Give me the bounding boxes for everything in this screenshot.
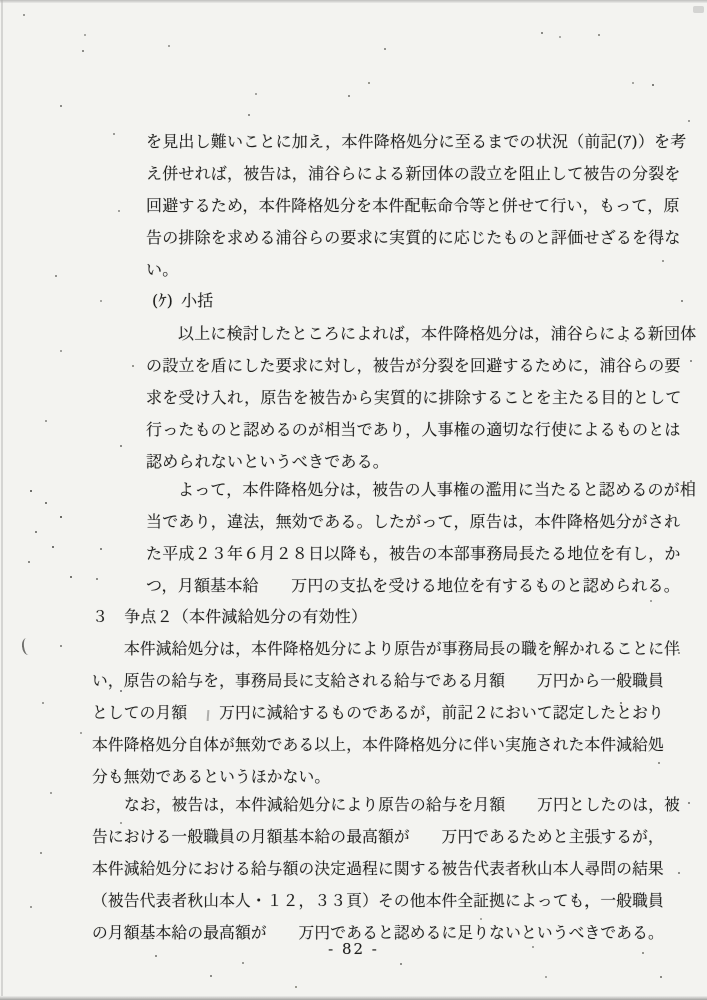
- text-line: 当であり，違法，無効である。したがって，原告は，本件降格処分がされ: [146, 506, 696, 538]
- text-line: 告における一般職員の月額基本給の最高額が 万円であるためと主張するが，: [92, 821, 680, 853]
- rebuttal-paragraph: なお，被告は，本件減給処分により原告の給与を月額 万円としたのは，被 告における…: [92, 789, 680, 949]
- text-line: い。: [146, 254, 686, 286]
- subsection-marker: (ｹ): [152, 291, 173, 310]
- scan-edge-bottom: [0, 996, 707, 1000]
- margin-paren-mark: [21, 638, 32, 656]
- section-number: ３: [92, 607, 108, 626]
- text-line: の設立を盾にした要求に対し，被告が分裂を回避するために，浦谷らの要: [146, 350, 696, 382]
- text-line: 本件減給処分における給与額の決定過程に関する被告代表者秋山本人尋問の結果: [92, 853, 680, 885]
- page-number: - 82 -: [0, 938, 707, 960]
- subsection-title: 小括: [181, 291, 213, 310]
- scan-noise-speckles: [0, 0, 2, 2]
- text-line: た平成２３年６月２８日以降も，被告の本部事務局長たる地位を有し，か: [146, 538, 696, 570]
- conclusion-paragraph: よって，本件降格処分は，被告の人事権の濫用に当たると認めるのが相 当であり，違法…: [146, 474, 696, 602]
- text-line: つ，月額基本給 万円の支払を受ける地位を有するものと認められる。: [146, 570, 696, 602]
- text-line: え併せれば，被告は，浦谷らによる新団体の設立を阻止して被告の分裂を: [146, 158, 686, 190]
- text-line: 行ったものと認めるのが相当であり，人事権の適切な行使によるものとは: [146, 414, 696, 446]
- scan-edge-left: [1, 0, 3, 1000]
- text-line: よって，本件降格処分は，被告の人事権の濫用に当たると認めるのが相: [146, 474, 696, 506]
- section-3-heading: ３争点２（本件減給処分の有効性）: [92, 601, 367, 633]
- scan-edge-top: [0, 0, 707, 3]
- text-line: 本件降格処分自体が無効である以上，本件降格処分に伴い実施された本件減給処: [92, 729, 680, 761]
- text-line: 告の排除を求める浦谷らの要求に実質的に応じたものと評価せざるを得な: [146, 222, 686, 254]
- document-page: を見出し難いことに加え，本件降格処分に至るまでの状況（前記(ｱ)）を考 え併せれ…: [0, 0, 707, 1000]
- carryover-paragraph: を見出し難いことに加え，本件降格処分に至るまでの状況（前記(ｱ)）を考 え併せれ…: [146, 126, 686, 286]
- text-line: 回避するため，本件降格処分を本件配転命令等と併せて行い，もって，原: [146, 190, 686, 222]
- text-line: 本件減給処分は，本件降格処分により原告が事務局長の職を解かれることに伴: [92, 633, 680, 665]
- text-line: なお，被告は，本件減給処分により原告の給与を月額 万円としたのは，被: [92, 789, 680, 821]
- summary-paragraph: 以上に検討したところによれば，本件降格処分は，浦谷らによる新団体 の設立を盾にし…: [146, 318, 696, 478]
- salary-reduction-paragraph: 本件減給処分は，本件降格処分により原告が事務局長の職を解かれることに伴 い，原告…: [92, 633, 680, 793]
- text-line: 以上に検討したところによれば，本件降格処分は，浦谷らによる新団体: [146, 318, 696, 350]
- text-line: （被告代表者秋山本人・１２，３３頁）その他本件全証拠によっても，一般職員: [92, 885, 680, 917]
- text-line: い，原告の給与を，事務局長に支給される給与である月額 万円から一般職員: [92, 665, 680, 697]
- text-line: 求を受け入れ，原告を被告から実質的に排除することを主たる目的として: [146, 382, 696, 414]
- subsection-heading: (ｹ)小括: [152, 286, 214, 316]
- scan-artifact-top-right: [693, 6, 704, 13]
- text-line: を見出し難いことに加え，本件降格処分に至るまでの状況（前記(ｱ)）を考: [146, 126, 686, 158]
- text-line: としての月額 万円に減給するものであるが，前記２において認定したとおり: [92, 697, 680, 729]
- section-title: 争点２（本件減給処分の有効性）: [124, 607, 367, 626]
